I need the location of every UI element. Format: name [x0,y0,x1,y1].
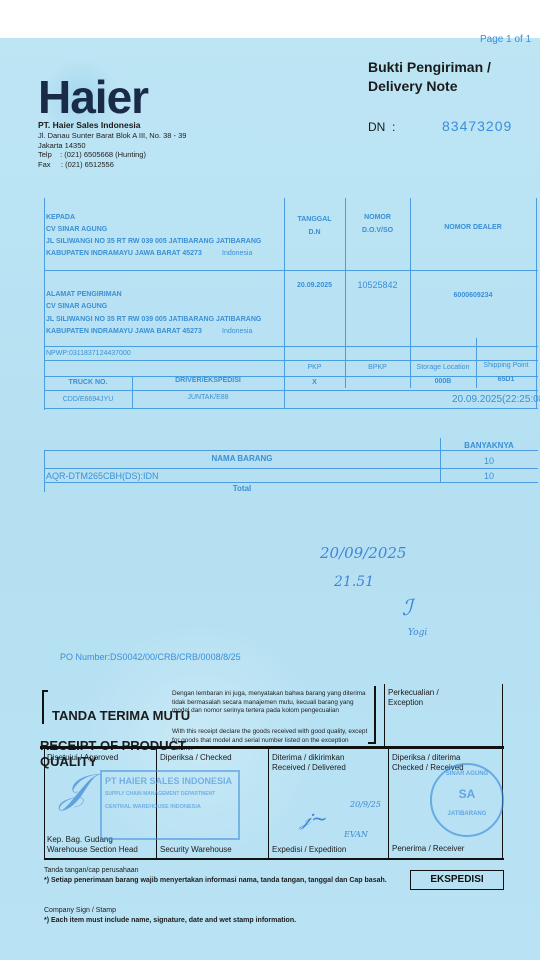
bpkp-header: BPKP [345,364,410,371]
quality-body-en: With this receipt declare the goods rece… [172,728,368,754]
stamp-line: SUPPLY CHAIN MANAGEMENT DEPARTMENT [105,788,235,801]
shipping-label: ALAMAT PENGIRIMAN [46,291,122,298]
address-city: Jakarta 14350 [38,141,186,151]
dn-label: DN : [368,120,395,134]
dealer-number: 6000609234 [410,292,536,299]
do-number: 10525842 [345,280,410,290]
delivered-label: Diterima / dikirimkan Received / Deliver… [272,753,346,773]
header-text: D.N [284,229,345,236]
phone-number: Telp : (021) 6505668 (Hunting) [38,150,186,160]
company-sign-label-id: Tanda tangan/cap perusahaan [44,866,139,876]
label-line: Diterima / dikirimkan [272,753,346,763]
recipient-address-1: JL SILIWANGI NO 35 RT RW 039 005 JATIBAR… [46,238,261,245]
tanggal-header: TANGGAL D.N [284,216,345,236]
shipping-address-1: JL SILIWANGI NO 35 RT RW 039 005 JATIBAR… [46,316,261,323]
checked-role: Security Warehouse [160,845,232,855]
stamp-line: JATIBARANG [432,811,502,817]
expedition-signature: 𝒿~ [300,806,328,830]
total-label: Total [44,484,440,493]
role-line: Warehouse Section Head [47,845,138,855]
expedition-name: EVAN [344,830,368,839]
company-sign-label-en: Company Sign / Stamp [44,906,116,916]
item-name-header: NAMA BARANG [44,454,440,463]
quality-title-id: TANDA TERIMA MUTU [52,708,190,724]
shipping-country: Indonesia [222,328,252,335]
expedition-role: Expedisi / Expedition [272,845,346,855]
truck-number: CDD/E6694JYU [44,396,132,403]
recipient-country: Indonesia [222,250,252,257]
driver-name: JUNTAK/E88 [132,394,284,401]
item-name: AQR-DTM265CBH(DS):IDN [46,471,159,481]
header-text: NOMOR [345,214,410,221]
label-line: Exception [388,698,439,708]
recipient-label: KEPADA [46,214,75,221]
header-text: TANGGAL [284,216,345,223]
recipient-address-2: KABUPATEN INDRAMAYU JAWA BARAT 45273 [46,250,202,257]
po-number: PO Number:DS0042/00/CRB/CRB/0008/8/25 [60,652,241,662]
stamp-line: SINAR AGUNG [432,771,502,777]
stamp-line: CENTRAL WAREHOUSE INDONESIA [105,801,235,814]
page-indicator: Page 1 of 1 [480,34,531,45]
exception-label: Perkecualian / Exception [388,688,439,708]
receiver-role: Penerima / Receiver [392,844,464,854]
shipping-point-header: Shipping Point [476,362,536,369]
dn-date: 20.09.2025 [284,282,345,289]
handwritten-time: 21.51 [334,574,374,590]
checked-label: Diperiksa / Checked [160,753,232,763]
shipping-point-value: 65D1 [476,376,536,383]
stamp-line: PT HAIER SALES INDONESIA [105,775,235,788]
item-quantity: 10 [440,456,538,466]
shipping-name: CV SINAR AGUNG [46,303,107,310]
company-address: Jl. Danau Sunter Barat Blok A III, No. 3… [38,131,186,169]
warehouse-stamp: PT HAIER SALES INDONESIA SUPPLY CHAIN MA… [100,770,240,840]
pkp-value: X [284,379,345,386]
company-name: PT. Haier Sales Indonesia [38,120,141,130]
haier-logo: Haier [38,74,148,120]
approved-label: Disetujui / Approved [47,753,118,763]
header-text: D.O.V/SO [345,227,410,234]
dn-number: 83473209 [442,118,512,134]
label-line: Diperiksa / diterima [392,753,464,763]
handwritten-date: 20/09/2025 [320,544,406,562]
signature-scribble: ℐ [402,596,412,621]
print-timestamp: 20.09.2025(22:25:08) [452,394,540,405]
stamp-line: SA [432,787,502,801]
storage-location-value: 000B [410,378,476,385]
footer-note-id: *) Setiap penerimaan barang wajib menyer… [44,876,387,886]
storage-location-header: Storage Location [410,364,476,371]
quality-body-id: Dengan lembaran ini juga, menyatakan bah… [172,690,368,716]
expedition-date: 20/9/25 [350,800,381,809]
label-line: Perkecualian / [388,688,439,698]
doc-title-line: Bukti Pengiriman / [368,58,491,77]
label-line: Received / Delivered [272,763,346,773]
pkp-header: PKP [284,364,345,371]
delivery-note-page: Page 1 of 1 Haier PT. Haier Sales Indone… [0,38,540,960]
driver-header: DRIVER/EKSPEDISI [132,377,284,384]
dealer-stamp: SINAR AGUNG SA JATIBARANG [430,763,504,837]
fax-number: Fax : (021) 6512556 [38,160,186,170]
nomor-header: NOMOR D.O.V/SO [345,214,410,234]
footer-note-en: *) Each item must include name, signatur… [44,916,296,926]
quantity-header: BANYAKNYA [440,441,538,450]
total-quantity: 10 [440,471,538,481]
recipient-name: CV SINAR AGUNG [46,226,107,233]
shipping-address-2: KABUPATEN INDRAMAYU JAWA BARAT 45273 [46,328,202,335]
address-line: Jl. Danau Sunter Barat Blok A III, No. 3… [38,131,186,141]
dealer-header: NOMOR DEALER [410,224,536,231]
handwritten-signer: Yogi [408,628,427,638]
copy-label-ekspedisi: EKSPEDISI [410,870,504,890]
document-title: Bukti Pengiriman / Delivery Note [368,58,491,96]
npwp-number: NPWP:0311837124437000 [46,350,131,357]
approval-signature: 𝒥 [60,766,88,812]
truck-header: TRUCK NO. [44,379,132,386]
doc-title-line: Delivery Note [368,77,491,96]
